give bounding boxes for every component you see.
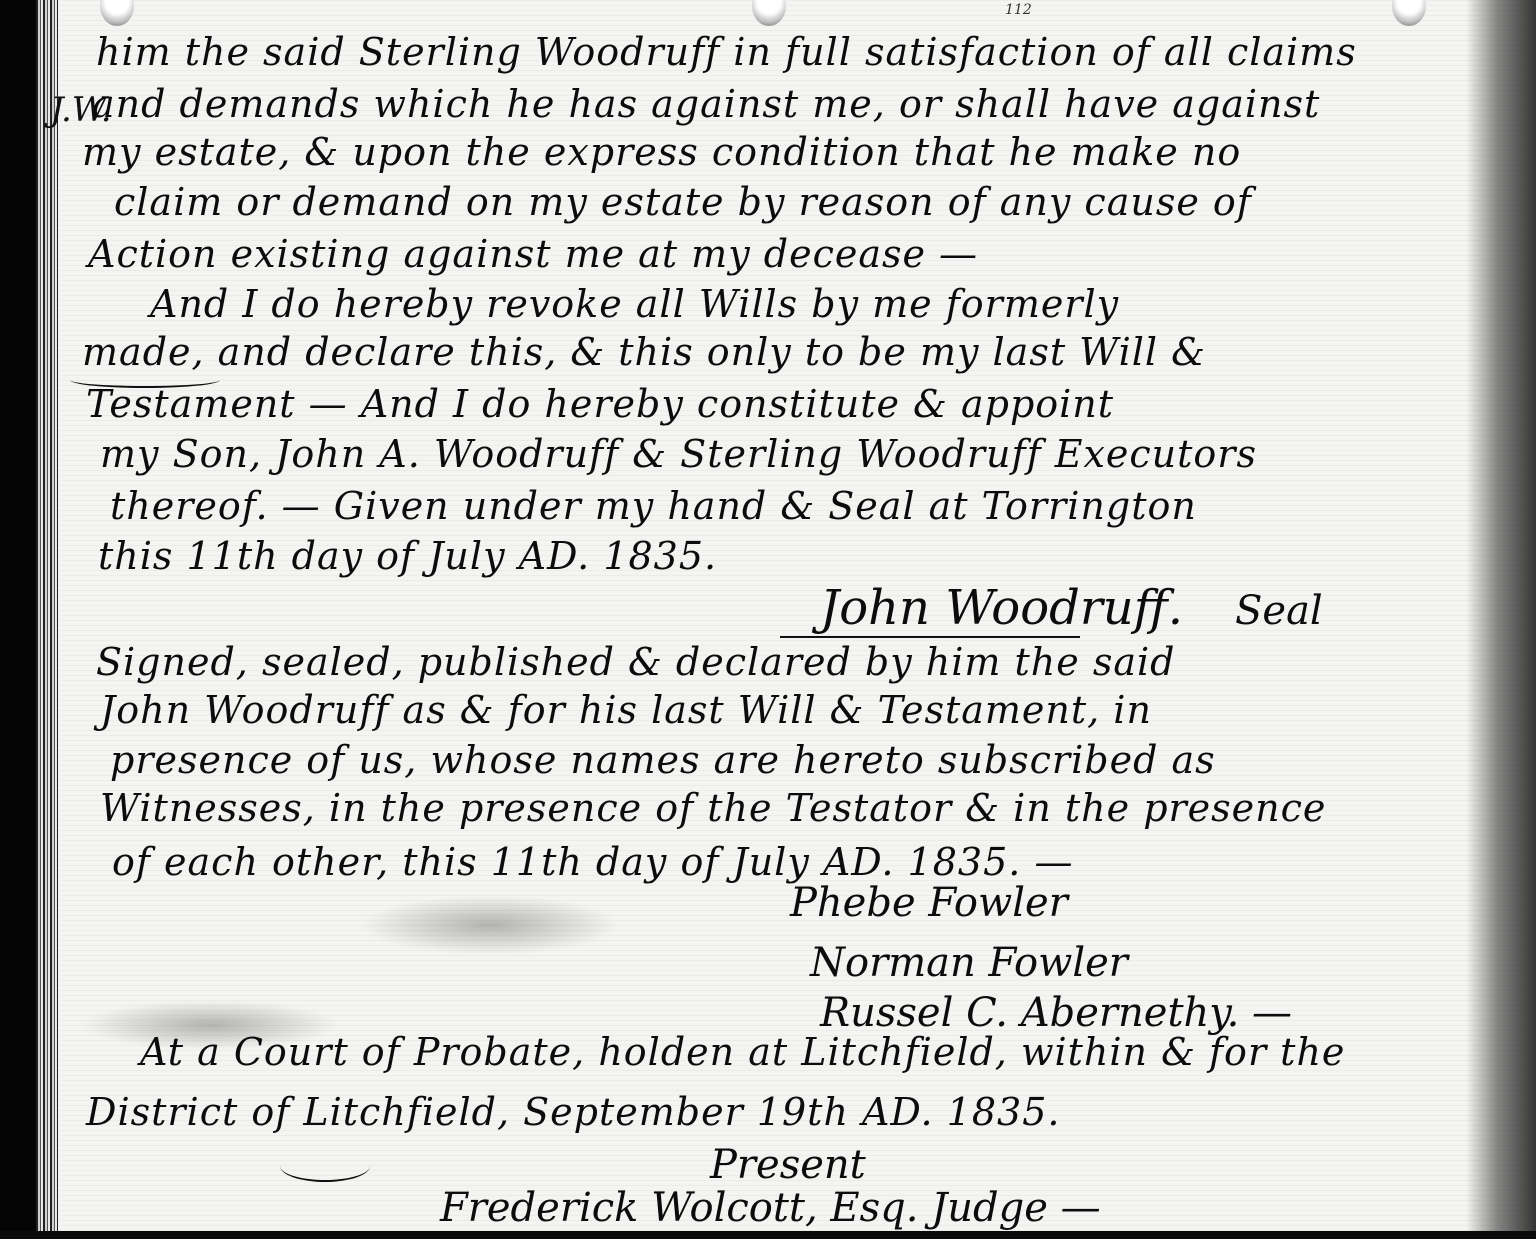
- binding-edge: [0, 0, 36, 1239]
- attestation-line: Witnesses, in the presence of the Testat…: [100, 786, 1326, 830]
- attestation-line: of each other, this 11th day of July AD.…: [112, 840, 1073, 884]
- present-label: Present: [710, 1142, 866, 1188]
- attestation-line: John Woodruff as & for his last Will & T…: [100, 688, 1152, 732]
- bottom-edge: [0, 1231, 1536, 1239]
- body-line: Action existing against me at my decease…: [88, 232, 978, 276]
- ink-smudge: [360, 895, 620, 955]
- right-edge-shadow: [1466, 0, 1536, 1239]
- flourish: [280, 1150, 370, 1182]
- body-line: thereof. — Given under my hand & Seal at…: [110, 484, 1197, 528]
- body-line: Testament — And I do hereby constitute &…: [86, 382, 1114, 426]
- body-line: claim or demand on my estate by reason o…: [114, 180, 1252, 224]
- seal-label: Seal: [1235, 588, 1323, 634]
- judge-signature: Frederick Wolcott, Esq. Judge —: [440, 1185, 1101, 1231]
- page-number: 112: [1005, 2, 1032, 18]
- attestation-line: presence of us, whose names are hereto s…: [110, 738, 1216, 782]
- punch-hole-icon: [1392, 0, 1426, 26]
- binding-rule-lines: [36, 0, 58, 1239]
- punch-hole-icon: [100, 0, 134, 26]
- witness-signature: Norman Fowler: [810, 940, 1128, 986]
- body-line: made, and declare this, & this only to b…: [82, 330, 1206, 374]
- scanned-document-page: 112 J.W. him the said Sterling Woodruff …: [0, 0, 1536, 1239]
- body-line: him the said Sterling Woodruff in full s…: [96, 30, 1357, 74]
- court-line: District of Litchfield, September 19th A…: [86, 1090, 1061, 1134]
- testator-signature: John Woodruff.: [820, 580, 1183, 636]
- punch-hole-icon: [752, 0, 786, 26]
- court-line: At a Court of Probate, holden at Litchfi…: [140, 1030, 1345, 1074]
- body-line: And I do hereby revoke all Wills by me f…: [150, 282, 1119, 326]
- attestation-line: Signed, sealed, published & declared by …: [96, 640, 1175, 684]
- body-line: and demands which he has against me, or …: [92, 82, 1320, 126]
- body-line: my estate, & upon the express condition …: [82, 130, 1241, 174]
- body-line: my Son, John A. Woodruff & Sterling Wood…: [100, 432, 1257, 476]
- signature-underline: [780, 636, 1080, 638]
- body-line: this 11th day of July AD. 1835.: [98, 534, 717, 578]
- witness-signature: Phebe Fowler: [790, 880, 1068, 926]
